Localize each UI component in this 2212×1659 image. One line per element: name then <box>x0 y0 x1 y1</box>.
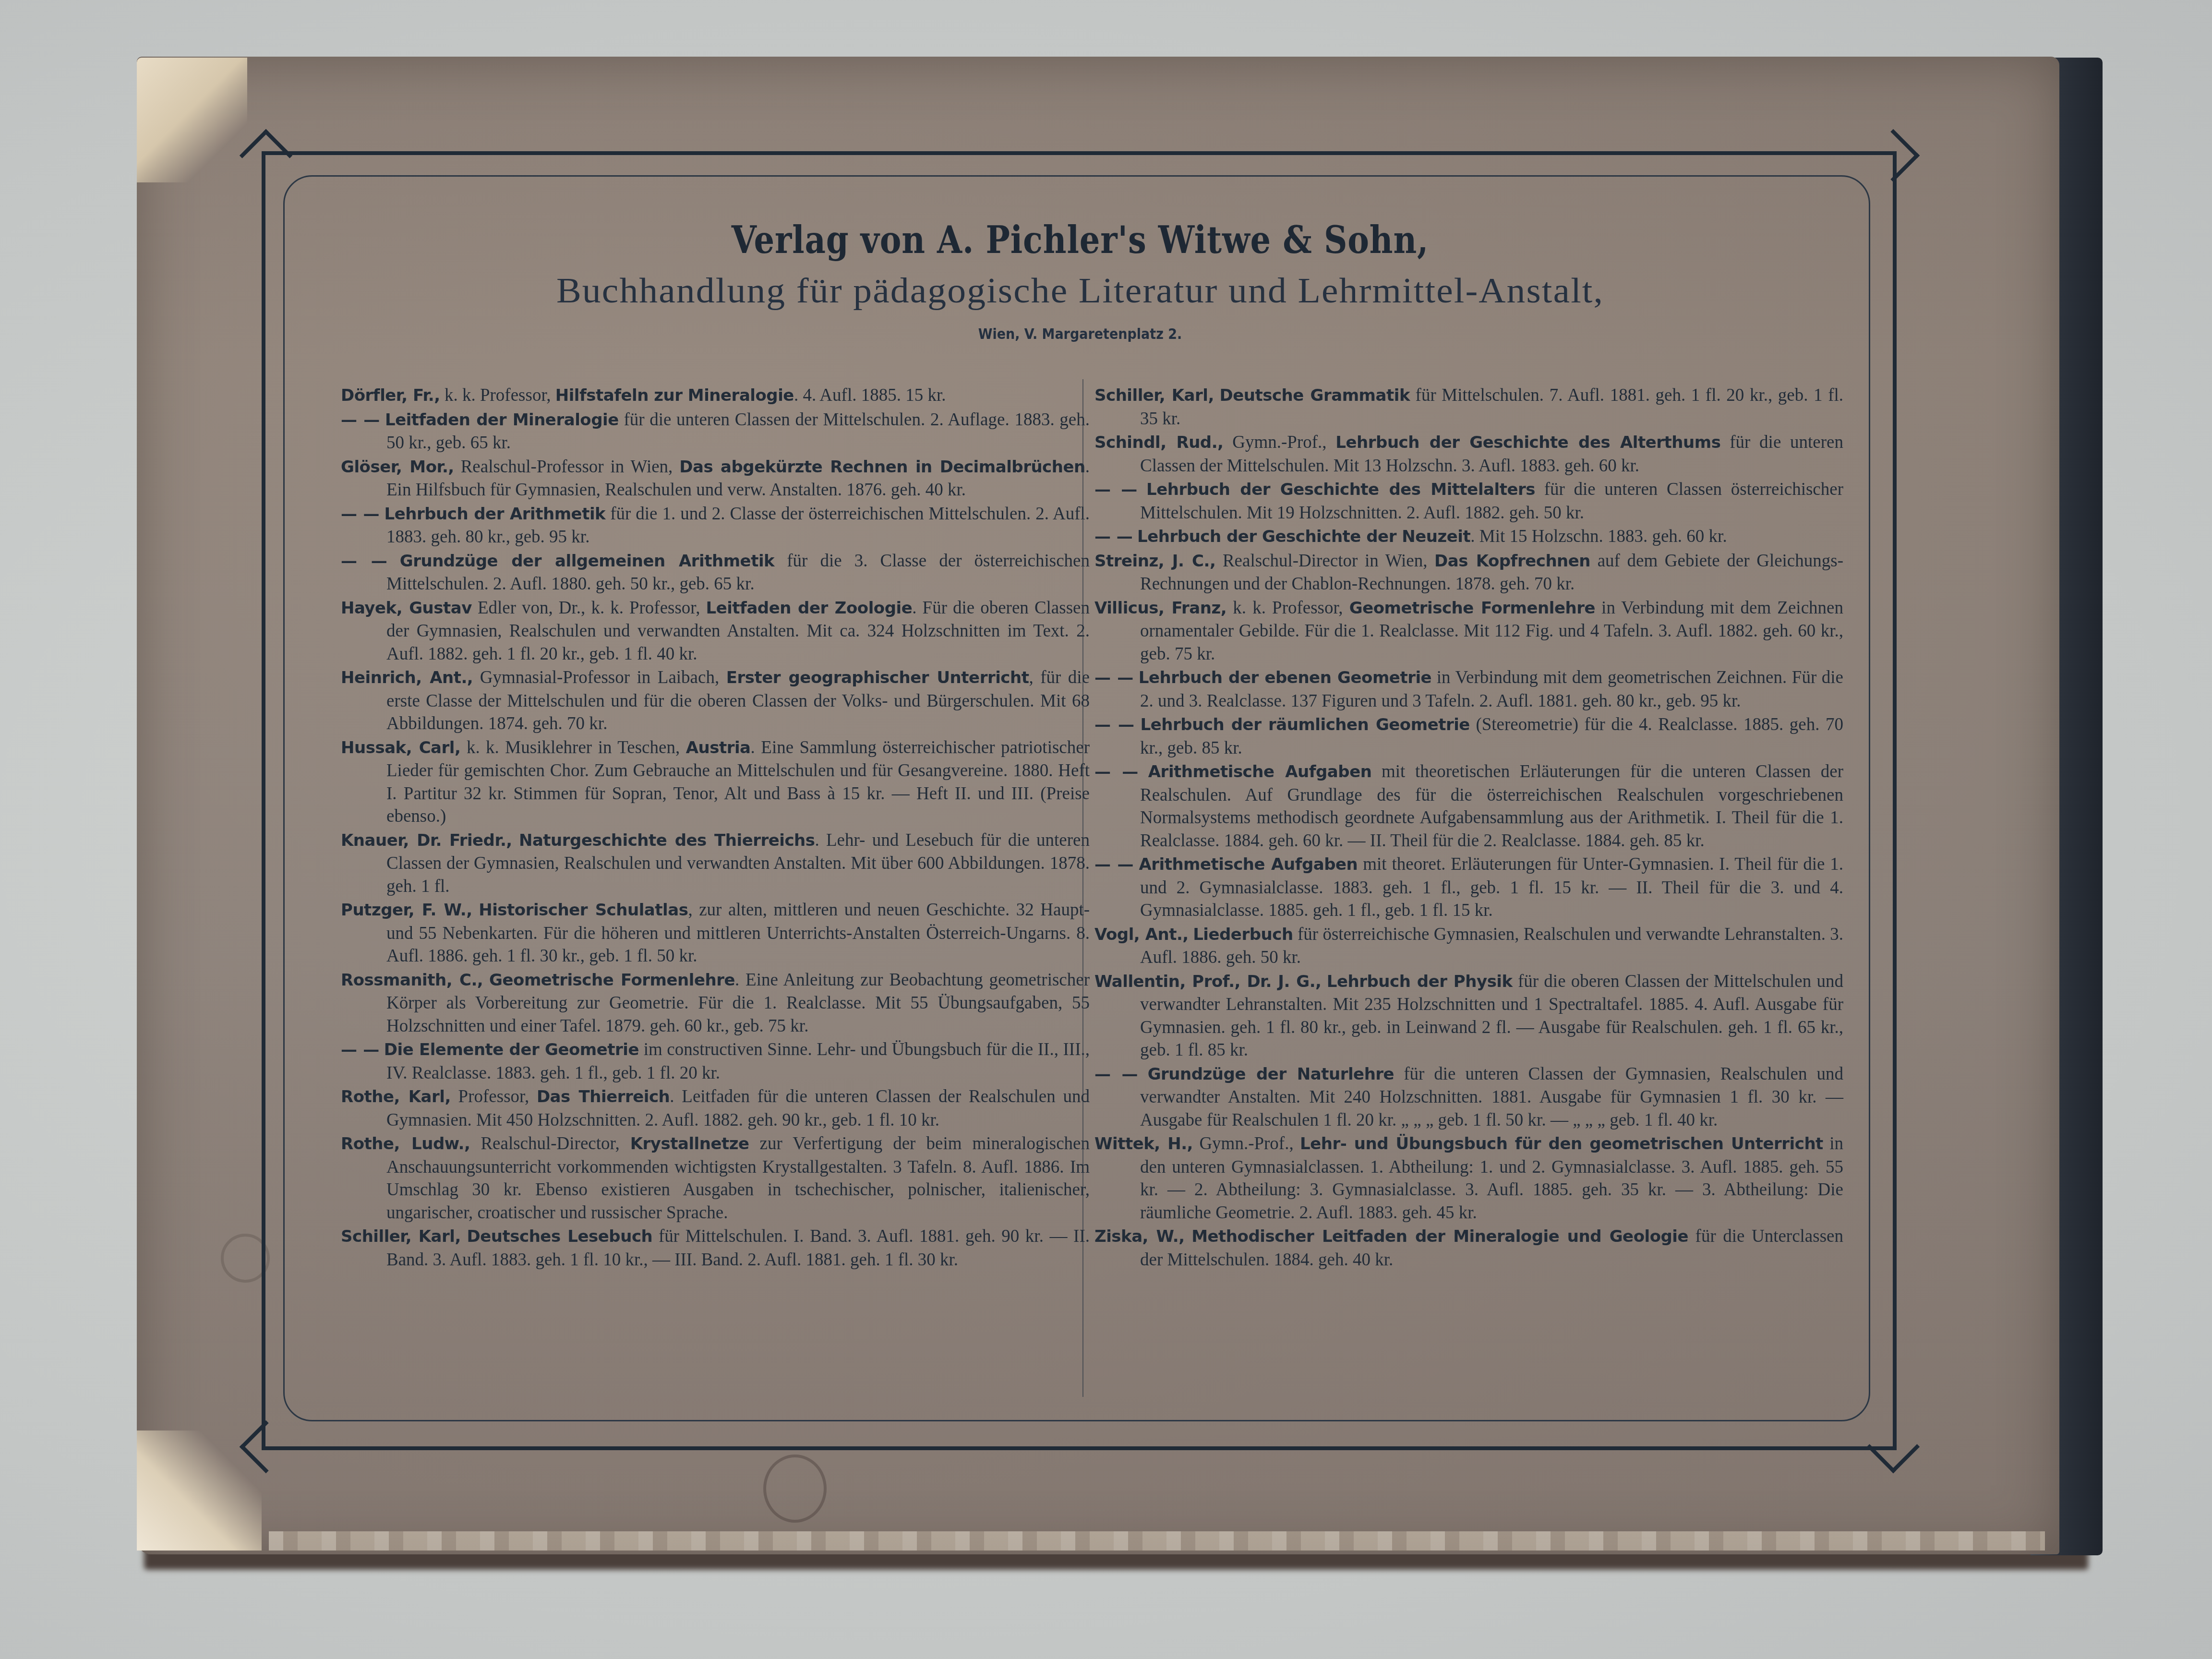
catalog-entry: Wallentin, Prof., Dr. J. G., Lehrbuch de… <box>1094 970 1843 1062</box>
entry-title: Lehrbuch der Geschichte des Mittelalters <box>1146 480 1535 499</box>
catalog-entry: Schindl, Rud., Gymn.-Prof., Lehrbuch der… <box>1094 431 1843 477</box>
entry-author: Dörfler, Fr., <box>341 386 440 405</box>
entry-author: Hayek, Gustav <box>341 599 472 618</box>
entry-author-note: k. k. Professor, <box>1226 598 1349 618</box>
worn-corner-top-left <box>137 58 247 182</box>
entry-title: Das Kopfrechnen <box>1434 552 1590 571</box>
catalog-entry: Vogl, Ant., Liederbuch für österreichisc… <box>1094 923 1843 969</box>
entry-title: Das abgekürzte Rechnen in Decimalbrüchen <box>679 457 1085 477</box>
catalog-entry: — — Die Elemente der Geometrie im constr… <box>341 1038 1090 1084</box>
entry-ditto-dash: — — <box>1094 855 1133 874</box>
entry-author-note: Gymn.-Prof., <box>1193 1134 1300 1154</box>
entry-ditto-dash: — — <box>1094 668 1133 687</box>
entry-author: Schiller, Karl, <box>1094 386 1214 405</box>
entry-title: Historischer Schulatlas <box>479 901 688 920</box>
catalog-column-right: Schiller, Karl, Deutsche Grammatik für M… <box>1094 384 1843 1272</box>
entry-author-note: Gymnasial-Professor in Laibach, <box>473 668 726 687</box>
catalog-entry: — — Grundzüge der Naturlehre für die unt… <box>1094 1063 1843 1132</box>
catalog-entry: Streinz, J. C., Realschul-Director in Wi… <box>1094 550 1843 596</box>
catalog-entry: Schiller, Karl, Deutsches Lesebuch für M… <box>341 1225 1090 1271</box>
publisher-header: Verlag von A. Pichler's Witwe & Sohn, Bu… <box>288 218 1872 343</box>
entry-title: Lehrbuch der räumlichen Geometrie <box>1141 715 1470 734</box>
printer-imprint <box>816 1459 1104 1467</box>
catalog-entry: Rothe, Ludw., Realschul-Director, Krysta… <box>341 1132 1090 1224</box>
entry-title: Arithmetische Aufgaben <box>1139 855 1358 874</box>
catalog-entry: Putzger, F. W., Historischer Schulatlas,… <box>341 899 1090 968</box>
catalog-entry: Dörfler, Fr., k. k. Professor, Hilfstafe… <box>341 384 1090 408</box>
entry-author: Wittek, H., <box>1094 1134 1193 1154</box>
entry-ditto-dash: — — <box>1094 1065 1138 1084</box>
catalog-entry: — — Lehrbuch der Geschichte des Mittelal… <box>1094 478 1843 524</box>
entry-author-note <box>1189 925 1193 944</box>
catalog-entry: — — Lehrbuch der räumlichen Geometrie (S… <box>1094 713 1843 759</box>
entry-title: Deutsches Lesebuch <box>467 1227 653 1246</box>
entry-title: Grundzüge der Naturlehre <box>1148 1065 1395 1084</box>
entry-author-note <box>1322 972 1327 991</box>
entry-author: Rothe, Ludw., <box>341 1134 470 1154</box>
catalog-entry: — — Lehrbuch der ebenen Geometrie in Ver… <box>1094 666 1843 712</box>
catalog-entry: Wittek, H., Gymn.-Prof., Lehr- und Übung… <box>1094 1132 1843 1224</box>
entry-author-note: Realschul-Director, <box>470 1134 630 1154</box>
publisher-title: Verlag von A. Pichler's Witwe & Sohn, <box>399 218 1761 262</box>
entry-author-note <box>512 830 519 850</box>
entry-title: Lehrbuch der Geschichte des Alterthums <box>1335 433 1720 452</box>
entry-author: Rothe, Karl, <box>341 1087 451 1106</box>
catalog-entry: — — Grundzüge der allgemeinen Arithmetik… <box>341 550 1090 596</box>
catalog-entry: Rossmanith, C., Geometrische Formenlehre… <box>341 969 1090 1038</box>
catalog-entry: — — Arithmetische Aufgaben mit theoret. … <box>1094 853 1843 922</box>
entry-title: Lehrbuch der Physik <box>1327 972 1513 991</box>
entry-author-note <box>483 970 489 990</box>
entry-author: Knauer, Dr. Friedr., <box>341 831 512 850</box>
entry-title: Erster geographischer Unterricht <box>726 668 1029 687</box>
entry-author: Wallentin, Prof., Dr. J. G., <box>1094 972 1322 991</box>
entry-description: . Mit 15 Holzschn. 1883. geh. 60 kr. <box>1470 527 1727 546</box>
catalog-entry: Schiller, Karl, Deutsche Grammatik für M… <box>1094 384 1843 430</box>
entry-title: Lehrbuch der Arithmetik <box>385 505 606 524</box>
catalog-entry: Hussak, Carl, k. k. Musiklehrer in Tesch… <box>341 736 1090 828</box>
entry-author: Streinz, J. C., <box>1094 552 1215 571</box>
entry-author: Ziska, W., <box>1094 1227 1185 1246</box>
publisher-address: Wien, V. Margaretenplatz 2. <box>288 326 1872 343</box>
catalog-entry: Knauer, Dr. Friedr., Naturgeschichte des… <box>341 829 1090 898</box>
entry-title: Lehrbuch der Geschichte der Neuzeit <box>1137 527 1470 546</box>
catalog-entry: Rothe, Karl, Professor, Das Thierreich. … <box>341 1085 1090 1131</box>
entry-author-note: Professor, <box>451 1087 537 1106</box>
entry-title: Lehrbuch der ebenen Geometrie <box>1139 668 1431 687</box>
entry-ditto-dash: — — <box>1094 480 1137 499</box>
entry-title: Leitfaden der Zoologie <box>706 599 912 618</box>
catalog-entry: Heinrich, Ant., Gymnasial-Professor in L… <box>341 666 1090 735</box>
entry-author: Putzger, F. W., <box>341 901 472 920</box>
entry-ditto-dash: — — <box>341 1040 379 1059</box>
entry-author-note: Gymn.-Prof., <box>1224 433 1336 452</box>
catalog-entry: Glöser, Mor., Realschul-Professor in Wie… <box>341 456 1090 502</box>
entry-title: Deutsche Grammatik <box>1219 386 1410 405</box>
entry-author: Hussak, Carl, <box>341 738 460 757</box>
entry-title: Die Elemente der Geometrie <box>384 1040 639 1059</box>
entry-author-note: Realschul-Director in Wien, <box>1215 551 1434 571</box>
entry-title: Leitfaden der Mineralogie <box>385 410 619 430</box>
entry-title: Hilfstafeln zur Mineralogie <box>555 386 794 405</box>
entry-author: Schindl, Rud., <box>1094 433 1224 452</box>
entry-author: Heinrich, Ant., <box>341 668 473 687</box>
entry-ditto-dash: — — <box>1094 527 1133 546</box>
entry-title: Arithmetische Aufgaben <box>1148 762 1372 781</box>
entry-description: . 4. Aufl. 1885. 15 kr. <box>794 385 946 405</box>
entry-title: Methodischer Leitfaden der Mineralogie u… <box>1191 1227 1688 1246</box>
catalog-entry: Ziska, W., Methodischer Leitfaden der Mi… <box>1094 1225 1843 1271</box>
entry-author: Schiller, Karl, <box>341 1227 461 1246</box>
publisher-subtitle: Buchhandlung für pädagogische Literatur … <box>249 271 1912 312</box>
catalog-column-left: Dörfler, Fr., k. k. Professor, Hilfstafe… <box>341 384 1090 1272</box>
catalog-entry: — — Lehrbuch der Arithmetik für die 1. u… <box>341 503 1090 549</box>
entry-author-note: Realschul-Professor in Wien, <box>454 457 679 477</box>
entry-ditto-dash: — — <box>341 410 380 430</box>
entry-title: Das Thierreich <box>537 1087 670 1106</box>
worn-bottom-edge <box>269 1531 2045 1551</box>
column-divider <box>1082 379 1083 1397</box>
catalog-entry: Villicus, Franz, k. k. Professor, Geomet… <box>1094 597 1843 666</box>
entry-ditto-dash: — — <box>1094 762 1138 781</box>
catalog-entry: — — Arithmetische Aufgaben mit theoretis… <box>1094 760 1843 852</box>
entry-author: Glöser, Mor., <box>341 457 454 477</box>
catalog-entry: Hayek, Gustav Edler von, Dr., k. k. Prof… <box>341 597 1090 666</box>
entry-title: Grundzüge der allgemeinen Arithmetik <box>400 552 774 571</box>
entry-author-note <box>1185 1226 1192 1246</box>
entry-title: Lehr- und Übungsbuch für den geometrisch… <box>1300 1134 1823 1154</box>
entry-author: Rossmanith, C., <box>341 971 483 990</box>
entry-author-note: k. k. Musiklehrer in Teschen, <box>460 738 685 757</box>
catalog-entry: — — Lehrbuch der Geschichte der Neuzeit.… <box>1094 525 1843 549</box>
entry-author-note <box>1214 385 1220 405</box>
entry-title: Geometrische Formenlehre <box>489 971 735 990</box>
entry-author-note <box>472 900 479 920</box>
entry-author-note <box>461 1226 467 1246</box>
entry-author-note: k. k. Professor, <box>440 385 555 405</box>
entry-title: Geometrische Formenlehre <box>1349 599 1595 618</box>
entry-title: Liederbuch <box>1193 925 1293 944</box>
entry-author: Villicus, Franz, <box>1094 599 1226 618</box>
entry-ditto-dash: — — <box>341 505 380 524</box>
entry-ditto-dash: — — <box>1094 715 1134 734</box>
entry-title: Krystallnetze <box>630 1134 749 1154</box>
entry-author-note: Edler von, Dr., k. k. Professor, <box>472 598 706 618</box>
entry-author: Vogl, Ant., <box>1094 925 1189 944</box>
entry-title: Naturgeschichte des Thierreichs <box>519 831 815 850</box>
entry-ditto-dash: — — <box>341 552 387 571</box>
entry-title: Austria <box>686 738 751 757</box>
catalog-entry: — — Leitfaden der Mineralogie für die un… <box>341 409 1090 455</box>
